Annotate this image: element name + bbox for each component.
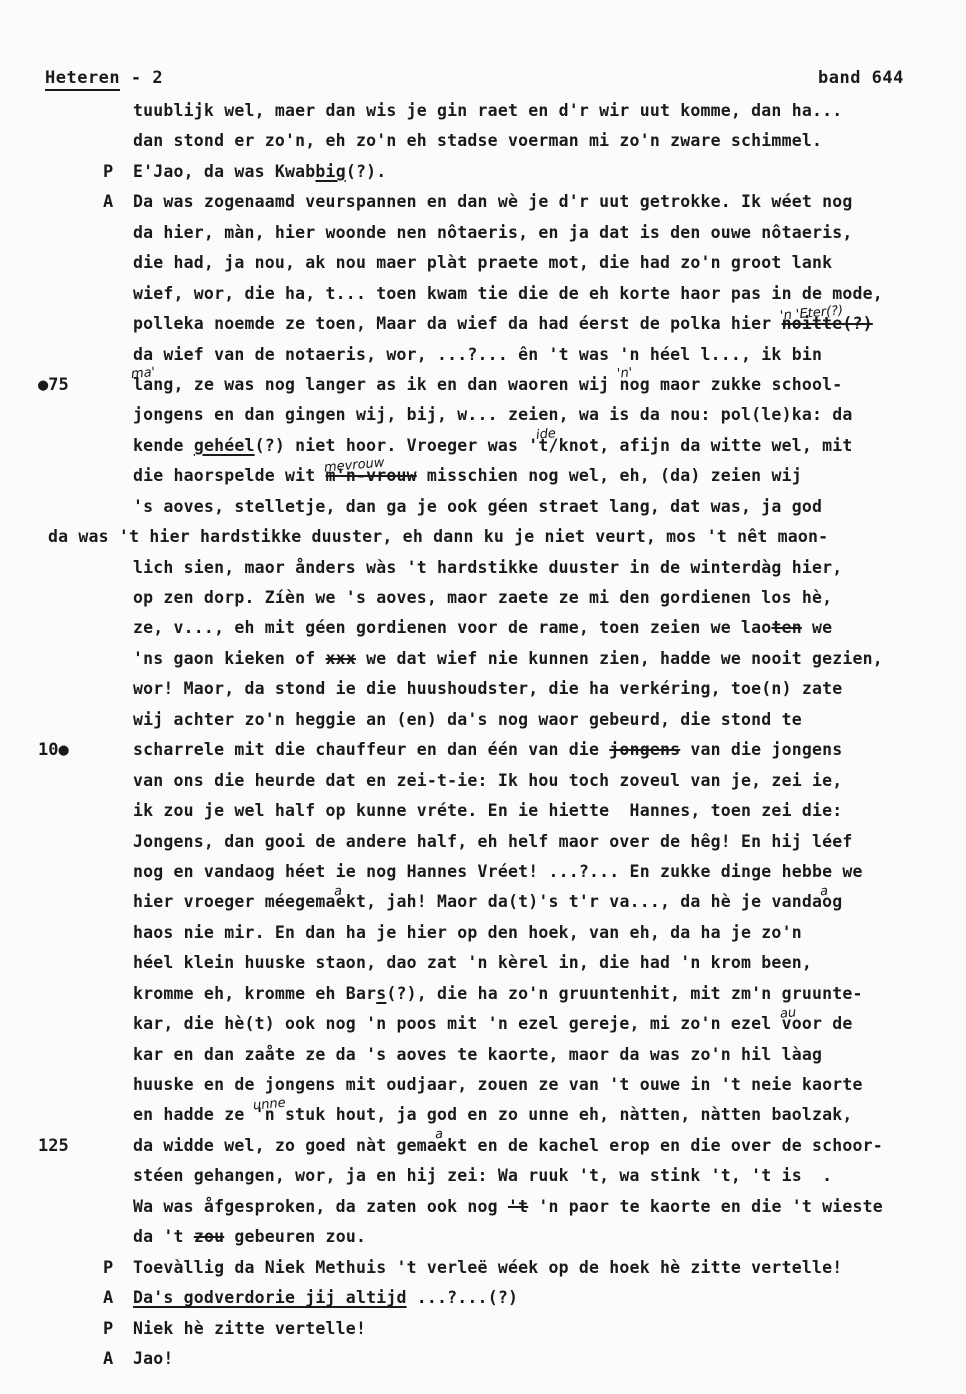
transcript-line: wor! Maor, da stond ie die huushoudster,…	[0, 679, 966, 709]
text-segment: 't	[508, 1197, 528, 1216]
line-text: da was 't hier hardstikke duuster, eh da…	[48, 527, 966, 546]
text-segment: ea	[336, 892, 346, 911]
text-segment: wief, wor, die ha, t... toen kwam tie di…	[133, 284, 883, 303]
line-text: kende gehéel(?) niet hoor. Vroeger was '…	[133, 436, 966, 455]
transcript-line: Jongens, dan gooi de andere half, eh hel…	[0, 832, 966, 862]
text-segment: Da was zogenaamd veurspannen en dan wè j…	[133, 192, 853, 211]
line-text: op zen dorp. Zíèn we 's aoves, maor zaet…	[133, 588, 966, 607]
transcript-line: da 't zou gebeuren zou.	[0, 1227, 966, 1257]
text-segment: kar, die hè(t) ook nog 'n poos mit 'n ez…	[133, 1014, 782, 1033]
text-segment: kar en dan zaåte ze da 's aoves te kaort…	[133, 1045, 822, 1064]
line-text: scharrele mit die chauffeur en dan één v…	[133, 740, 966, 759]
text-segment: noitte(?)'n 'Eter(?)	[782, 314, 873, 333]
transcript-line: op zen dorp. Zíèn we 's aoves, maor zaet…	[0, 588, 966, 618]
text-segment: stéen gehangen, wor, ja en hij zei: Wa r…	[133, 1166, 832, 1185]
transcript-line: wij achter zo'n heggie an (en) da's nog …	[0, 710, 966, 740]
text-segment: stuk hout, ja god en zo unne eh, nàtten,…	[275, 1105, 853, 1124]
line-text: Jao!	[133, 1349, 966, 1368]
text-segment: Toevàllig da Niek Methuis 't verleë wéek…	[133, 1258, 842, 1277]
text-segment: kt en de kachel erop en die over de scho…	[447, 1136, 883, 1155]
text-segment: nog en vandaog héet ie nog Hannes Vréet!…	[133, 862, 863, 881]
transcript-line: PNiek hè zitte vertelle!	[0, 1319, 966, 1349]
line-number: 10●	[38, 740, 69, 760]
text-segment: scharrele mit die chauffeur en dan één v…	[133, 740, 609, 759]
text-segment: da widde wel, zo goed nàt gema	[133, 1136, 437, 1155]
handwritten-note: a	[819, 884, 828, 900]
line-text: ze, v..., eh mit géen gordienen voor de …	[133, 618, 966, 637]
text-segment: héel klein huuske staon, dao zat 'n kère…	[133, 953, 812, 972]
transcript-line: jongens en dan gingen wij, bij, w... zei…	[0, 405, 966, 435]
text-segment: wij achter zo'n heggie an (en) da's nog …	[133, 710, 802, 729]
line-text: Wa was åfgesproken, da zaten ook nog 't …	[133, 1197, 966, 1216]
text-segment: tuublijk wel, maer dan wis je gin raet e…	[133, 101, 842, 120]
transcript-line: héel klein huuske staon, dao zat 'n kère…	[0, 953, 966, 983]
speaker-label: P	[103, 1319, 113, 1339]
line-text: huuske en de jongens mit oudjaar, zouen …	[133, 1075, 966, 1094]
text-segment: voorau	[782, 1014, 823, 1033]
handwritten-note: a	[333, 884, 342, 900]
transcript-line: die had, ja nou, ak nou maer plàt praete…	[0, 253, 966, 283]
line-number: ●75	[38, 375, 69, 395]
text-segment: oa	[822, 892, 832, 911]
speaker-label: A	[103, 1288, 113, 1308]
text-segment: kromme eh, kromme eh Bar	[133, 984, 376, 1003]
text-segment: m'n-vrouwmevrouw	[326, 466, 417, 485]
transcript-line: polleka noemde ze toen, Maar da wief da …	[0, 314, 966, 344]
transcript-line: AJao!	[0, 1349, 966, 1379]
transcript-line: da hier, màn, hier woonde nen nôtaeris, …	[0, 223, 966, 253]
transcript-line: PE'Jao, da was Kwabbig(?).	[0, 162, 966, 192]
transcript-line: stéen gehangen, wor, ja en hij zei: Wa r…	[0, 1166, 966, 1196]
text-segment: da was 't hier hardstikke duuster, eh da…	[48, 527, 828, 546]
text-segment: ...?...(?)	[407, 1288, 518, 1307]
header-page-number: - 2	[120, 68, 163, 88]
text-segment: , afijn da witte wel, mit	[599, 436, 852, 455]
line-text: haos nie mir. En dan ha je hier op den h…	[133, 923, 966, 942]
text-segment: da hier, màn, hier woonde nen nôtaeris, …	[133, 223, 853, 242]
transcript-line: 's aoves, stelletje, dan ga je ook géen …	[0, 497, 966, 527]
line-text: nog en vandaog héet ie nog Hannes Vréet!…	[133, 862, 966, 881]
speaker-label: P	[103, 162, 113, 182]
text-segment: t/knotide	[538, 436, 599, 455]
page-header-left: Heteren - 2	[45, 68, 163, 88]
transcript-line: Wa was åfgesproken, da zaten ook nog 't …	[0, 1197, 966, 1227]
text-segment: en hadde ze	[133, 1105, 255, 1124]
text-segment: 's aoves, stelletje, dan ga je ook géen …	[133, 497, 822, 516]
transcript-line: 'ns gaon kieken of xxx we dat wief nie k…	[0, 649, 966, 679]
line-text: Da's godverdorie jij altijd ...?...(?)	[133, 1288, 966, 1307]
text-segment: Da's godverdorie jij altijd	[133, 1288, 407, 1307]
line-text: die had, ja nou, ak nou maer plàt praete…	[133, 253, 966, 272]
text-segment: (?), die ha zo'n gruuntenhit, mit zm'n g…	[386, 984, 862, 1003]
line-number: 125	[38, 1136, 69, 1156]
text-segment: dan stond er zo'n, eh zo'n eh stadse voe…	[133, 131, 822, 150]
text-segment: Wa was åfgesproken, da zaten ook nog	[133, 1197, 508, 1216]
transcript-line: ik zou je wel half op kunne vréte. En ie…	[0, 801, 966, 831]
speaker-label: P	[103, 1258, 113, 1278]
handwritten-note: ma'	[130, 365, 155, 382]
line-text: wij achter zo'n heggie an (en) da's nog …	[133, 710, 966, 729]
transcript-line: en hadde ze 'nunne stuk hout, ja god en …	[0, 1105, 966, 1135]
text-segment: E'Jao, da was Kwab	[133, 162, 315, 181]
transcript-line: haos nie mir. En dan ha je hier op den h…	[0, 923, 966, 953]
line-text: stéen gehangen, wor, ja en hij zei: Wa r…	[133, 1166, 966, 1185]
text-segment: ze, v..., eh mit géen gordienen voor de …	[133, 618, 771, 637]
text-segment: big	[315, 162, 345, 181]
line-text: da widde wel, zo goed nàt gemaeakt en de…	[133, 1136, 966, 1155]
transcript-line: 125da widde wel, zo goed nàt gemaeakt en…	[0, 1136, 966, 1166]
text-segment: (?).	[346, 162, 387, 181]
line-text: die haorspelde wit m'n-vrouwmevrouw miss…	[133, 466, 966, 485]
transcript-line: tuublijk wel, maer dan wis je gin raet e…	[0, 101, 966, 131]
line-text: wor! Maor, da stond ie die huushoudster,…	[133, 679, 966, 698]
text-segment: zou	[194, 1227, 224, 1246]
text-segment: g	[832, 892, 842, 911]
transcript-line: 10●scharrele mit die chauffeur en dan éé…	[0, 740, 966, 770]
line-text: 's aoves, stelletje, dan ga je ook géen …	[133, 497, 966, 516]
text-segment: hier vroeger méegema	[133, 892, 336, 911]
text-segment: die had, ja nou, ak nou maer plàt praete…	[133, 253, 832, 272]
text-segment: we dat wief nie kunnen zien, hadde we no…	[356, 649, 883, 668]
transcript-line: ADa was zogenaamd veurspannen en dan wè …	[0, 192, 966, 222]
line-text: kar en dan zaåte ze da 's aoves te kaort…	[133, 1045, 966, 1064]
transcript-line: kar, die hè(t) ook nog 'n poos mit 'n ez…	[0, 1014, 966, 1044]
line-text: E'Jao, da was Kwabbig(?).	[133, 162, 966, 181]
line-text: da wief van de notaeris, wor, ...?... ên…	[133, 345, 966, 364]
text-segment: huuske en de jongens mit oudjaar, zouen …	[133, 1075, 863, 1094]
text-segment: we	[802, 618, 832, 637]
text-segment: 'ns gaon kieken of	[133, 649, 326, 668]
text-segment: Jao!	[133, 1349, 174, 1368]
text-segment: ze was nog langer as ik en dan waoren wi…	[184, 375, 620, 394]
text-segment: jongens	[609, 740, 680, 759]
text-segment: jongens en dan gingen wij, bij, w... zei…	[133, 405, 853, 424]
line-text: Da was zogenaamd veurspannen en dan wè j…	[133, 192, 966, 211]
line-text: en hadde ze 'nunne stuk hout, ja god en …	[133, 1105, 966, 1124]
line-text: van ons die heurde dat en zei-t-ie: Ik h…	[133, 771, 966, 790]
text-segment: polleka noemde ze toen, Maar da wief da …	[133, 314, 782, 333]
text-segment: gehéel	[194, 436, 255, 455]
line-text: kar, die hè(t) ook nog 'n poos mit 'n ez…	[133, 1014, 966, 1033]
text-segment: ik zou je wel half op kunne vréte. En ie…	[133, 801, 842, 820]
text-segment: s	[376, 984, 386, 1003]
text-segment: kende	[133, 436, 194, 455]
transcript-line: die haorspelde wit m'n-vrouwmevrouw miss…	[0, 466, 966, 496]
line-text: Toevàllig da Niek Methuis 't verleë wéek…	[133, 1258, 966, 1277]
handwritten-note: au	[779, 1005, 796, 1021]
handwritten-note: a	[434, 1127, 443, 1143]
text-segment: wor! Maor, da stond ie die huushoudster,…	[133, 679, 842, 698]
transcript-line: ●75lang,ma' ze was nog langer as ik en d…	[0, 375, 966, 405]
text-segment: van die jongens	[680, 740, 842, 759]
transcript-line: PToevàllig da Niek Methuis 't verleë wée…	[0, 1258, 966, 1288]
line-text: jongens en dan gingen wij, bij, w... zei…	[133, 405, 966, 424]
text-segment: van ons die heurde dat en zei-t-ie: Ik h…	[133, 771, 842, 790]
transcript-line: kende gehéel(?) niet hoor. Vroeger was '…	[0, 436, 966, 466]
transcript-line: hier vroeger méegemaeakt, jah! Maor da(t…	[0, 892, 966, 922]
line-text: hier vroeger méegemaeakt, jah! Maor da(t…	[133, 892, 966, 911]
speaker-label: A	[103, 1349, 113, 1369]
text-segment: 'nunne	[255, 1105, 275, 1124]
speaker-label: A	[103, 192, 113, 212]
text-segment: maor zukke school-	[650, 375, 843, 394]
text-segment: de	[822, 1014, 852, 1033]
handwritten-note: ide	[536, 426, 557, 443]
text-segment: Niek hè zitte vertelle!	[133, 1319, 366, 1338]
line-text: wief, wor, die ha, t... toen kwam tie di…	[133, 284, 966, 303]
text-segment: Jongens, dan gooi de andere half, eh hel…	[133, 832, 853, 851]
line-text: Niek hè zitte vertelle!	[133, 1319, 966, 1338]
text-segment: da wief van de notaeris, wor, ...?... ên…	[133, 345, 822, 364]
text-segment: ea	[437, 1136, 447, 1155]
line-text: dan stond er zo'n, eh zo'n eh stadse voe…	[133, 131, 966, 150]
line-text: 'ns gaon kieken of xxx we dat wief nie k…	[133, 649, 966, 668]
line-text: da hier, màn, hier woonde nen nôtaeris, …	[133, 223, 966, 242]
handwritten-note: unne	[252, 1096, 286, 1114]
transcript-line: kromme eh, kromme eh Bars(?), die ha zo'…	[0, 984, 966, 1014]
transcript-line: dan stond er zo'n, eh zo'n eh stadse voe…	[0, 131, 966, 161]
transcript-line: kar en dan zaåte ze da 's aoves te kaort…	[0, 1045, 966, 1075]
header-place-name: Heteren	[45, 68, 120, 91]
handwritten-note: 'n'	[617, 366, 634, 382]
line-text: da 't zou gebeuren zou.	[133, 1227, 966, 1246]
line-text: héel klein huuske staon, dao zat 'n kère…	[133, 953, 966, 972]
transcript: tuublijk wel, maer dan wis je gin raet e…	[0, 101, 966, 1379]
text-segment: xxx	[326, 649, 356, 668]
text-segment: op zen dorp. Zíèn we 's aoves, maor zaet…	[133, 588, 832, 607]
transcript-line: van ons die heurde dat en zei-t-ie: Ik h…	[0, 771, 966, 801]
line-text: lang,ma' ze was nog langer as ik en dan …	[133, 375, 966, 394]
text-segment: da 't	[133, 1227, 194, 1246]
transcript-line: lich sien, maor ånders wàs 't hardstikke…	[0, 558, 966, 588]
transcript-line: ze, v..., eh mit géen gordienen voor de …	[0, 618, 966, 648]
line-text: lich sien, maor ånders wàs 't hardstikke…	[133, 558, 966, 577]
text-segment: haos nie mir. En dan ha je hier op den h…	[133, 923, 802, 942]
text-segment: 'n paor te kaorte en die 't wieste	[528, 1197, 883, 1216]
line-text: polleka noemde ze toen, Maar da wief da …	[133, 314, 966, 333]
text-segment: die haorspelde wit	[133, 466, 326, 485]
text-segment: nog'n'	[619, 375, 649, 394]
header-band-label: band 644	[818, 68, 904, 88]
text-segment: kt, jah! Maor da(t)'s t'r va..., da hè j…	[346, 892, 822, 911]
line-text: Jongens, dan gooi de andere half, eh hel…	[133, 832, 966, 851]
document-page: Heteren - 2 band 644 tuublijk wel, maer …	[0, 0, 966, 1394]
transcript-line: da was 't hier hardstikke duuster, eh da…	[0, 527, 966, 557]
transcript-line: ADa's godverdorie jij altijd ...?...(?)	[0, 1288, 966, 1318]
text-segment: misschien nog wel, eh, (da) zeien wij	[417, 466, 802, 485]
text-segment: (?) niet hoor. Vroeger was '	[255, 436, 539, 455]
line-text: kromme eh, kromme eh Bars(?), die ha zo'…	[133, 984, 966, 1003]
transcript-line: huuske en de jongens mit oudjaar, zouen …	[0, 1075, 966, 1105]
text-segment: lang,ma'	[133, 375, 184, 394]
text-segment: gebeuren zou.	[224, 1227, 366, 1246]
text-segment: lich sien, maor ånders wàs 't hardstikke…	[133, 558, 842, 577]
line-text: tuublijk wel, maer dan wis je gin raet e…	[133, 101, 966, 120]
line-text: ik zou je wel half op kunne vréte. En ie…	[133, 801, 966, 820]
text-segment: ten	[771, 618, 801, 637]
